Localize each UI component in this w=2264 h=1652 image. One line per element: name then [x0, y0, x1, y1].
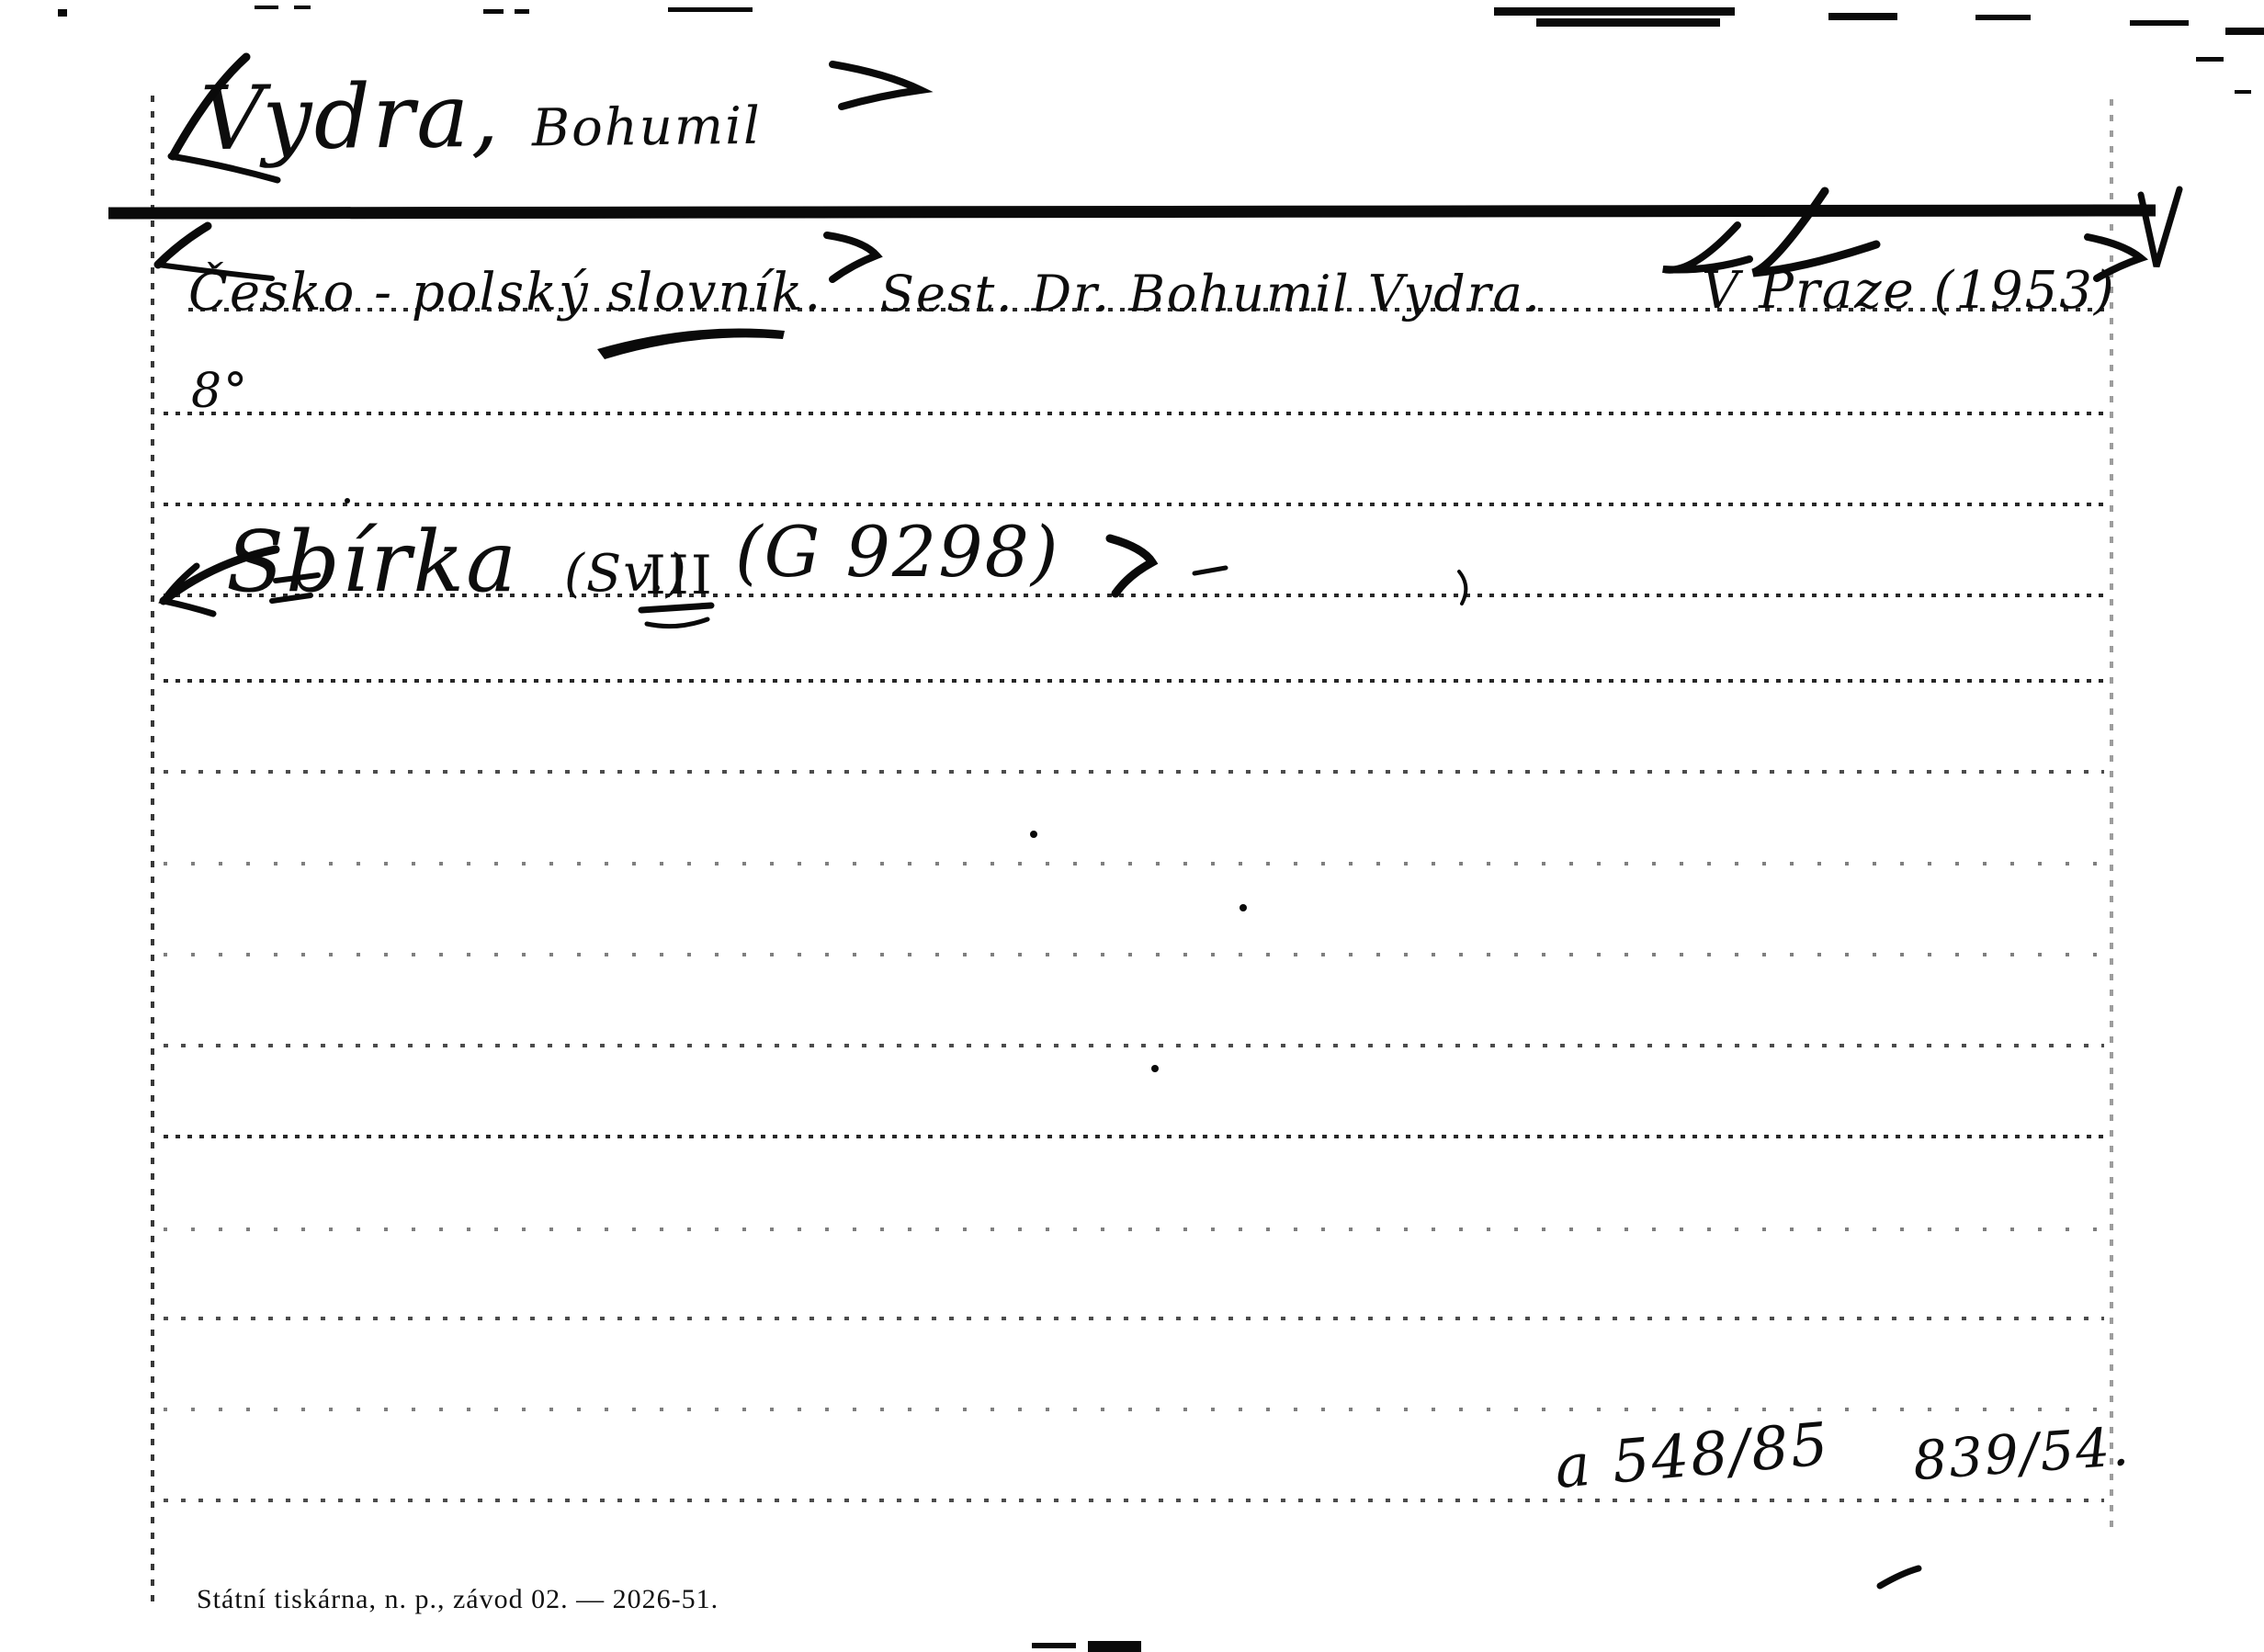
proofreader-marks-layer [0, 0, 2264, 1652]
catalog-card: Vydra, Bohumil Česko - polský slovník. S… [0, 0, 2264, 1652]
double-underline-volume-icon [641, 605, 711, 610]
ink-speck [345, 498, 350, 504]
dash-mark-icon [1194, 568, 1226, 573]
left-arrow-series-icon [272, 595, 311, 601]
insertion-caret-heading-icon [171, 156, 277, 180]
insert-end-mark-title-icon [827, 235, 877, 279]
ink-speck [1240, 904, 1247, 911]
ink-speck [1151, 1065, 1159, 1072]
insertion-caret-heading-icon [173, 57, 246, 156]
flick-mark-icon [1880, 1568, 1919, 1586]
check-swoosh-imprint-icon [1663, 225, 1749, 270]
emphasis-underline-slovnik-icon [597, 329, 785, 360]
left-arrow-series-icon [164, 549, 276, 601]
insert-end-mark-series-icon [1110, 538, 1152, 594]
insert-end-mark-place-icon [2088, 237, 2141, 278]
insert-end-mark-heading-icon [832, 64, 921, 107]
insertion-caret-title-icon [158, 226, 208, 265]
v-checkmark-top-right-icon [2141, 189, 2179, 266]
check-swoosh-top-right-icon [1753, 191, 1876, 273]
ink-speck [1030, 831, 1037, 838]
double-underline-volume-icon [647, 619, 707, 627]
left-arrow-series-icon [276, 575, 318, 581]
small-paren-mark-icon [1459, 571, 1466, 604]
insertion-caret-title-icon [158, 265, 272, 278]
